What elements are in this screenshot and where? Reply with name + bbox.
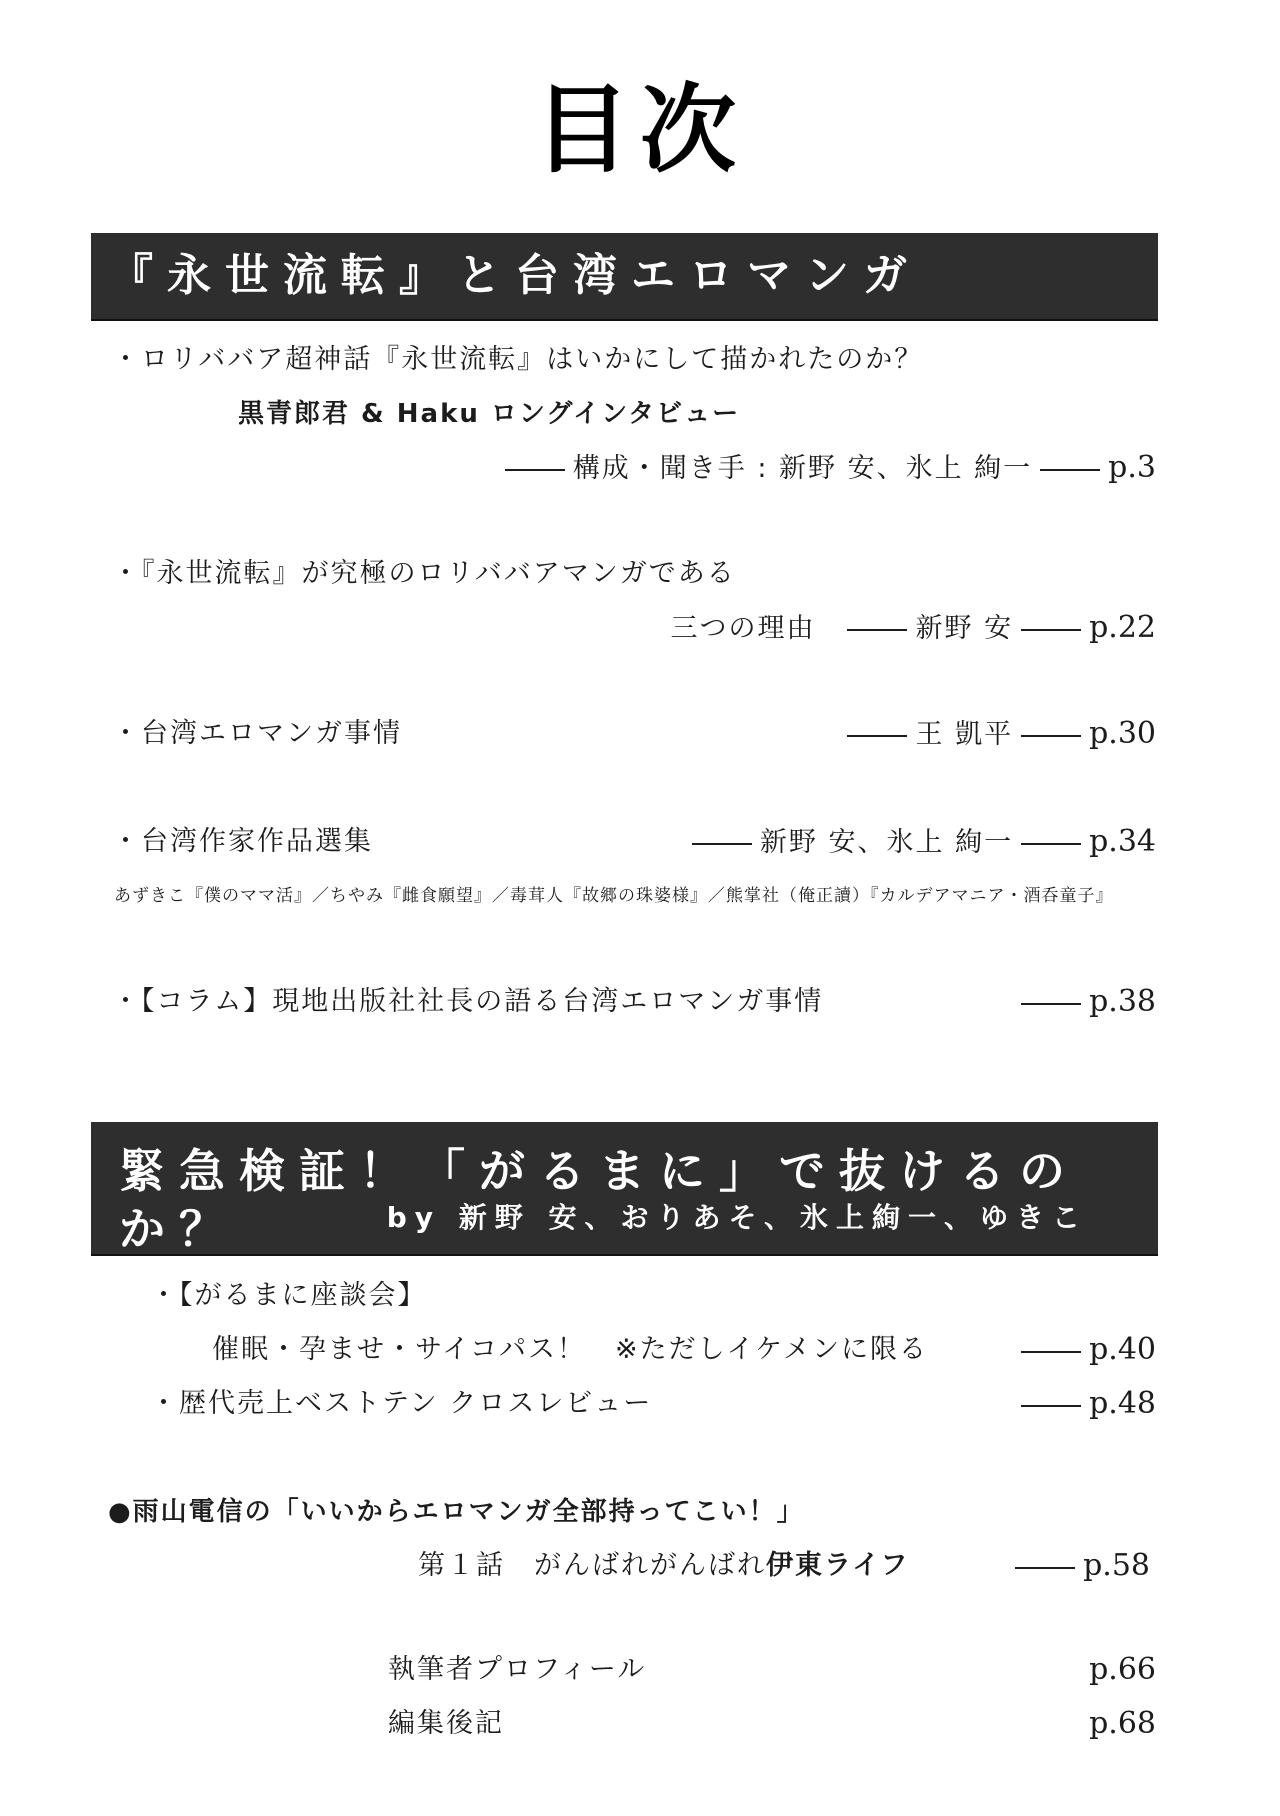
dash-divider [1015,1567,1075,1569]
dash-divider [847,629,907,631]
extra-afterword-label[interactable]: 編集後記 [388,1706,504,1742]
toc-item-6-subtitle[interactable]: 催眠・孕ませ・サイコパス！ ※ただしイケメンに限る [212,1332,928,1368]
toc-item-2-credit: 新野 安 [915,613,1013,644]
toc-item-4-page[interactable]: p.34 [1089,824,1156,859]
toc-item-7-title[interactable]: ・歴代売上ベストテン クロスレビュー [150,1386,652,1422]
dash-divider [1021,629,1081,631]
dash-divider [1040,469,1100,471]
section-banner-1: 『永世流転』と台湾エロマンガ [91,233,1158,321]
toc-item-1-credit-row: 構成・聞き手 : 新野 安、氷上 絢一p.3 [497,450,1156,487]
toc-item-4-note: あずきこ『僕のママ活』／ちやみ『雌食願望』／毒茸人『故郷の珠婆様』／熊掌社（俺正… [114,884,1114,908]
toc-item-3-page[interactable]: p.30 [1089,716,1156,751]
extra-profile-page-row: p.66 [1089,1652,1156,1689]
section-banner-2: 緊急検証！「がるまに」で抜けるのか？ by 新野 安、おりあそ、氷上絢一、ゆきこ [91,1122,1158,1256]
extra-afterword-page[interactable]: p.68 [1089,1706,1156,1741]
section-3-page-row: p.58 [1007,1548,1150,1585]
toc-item-6-title[interactable]: ・【がるまに座談会】 [150,1278,427,1314]
dash-divider [505,469,565,471]
toc-item-1-subtitle[interactable]: 黒青郎君 & Haku ロングインタビュー [238,396,740,432]
section-3-author: 伊東ライフ [766,1550,909,1581]
section-title-1: 『永世流転』と台湾エロマンガ [109,247,921,305]
toc-item-7-page-row: p.48 [1013,1386,1156,1423]
toc-item-1-title[interactable]: ・ロリババア超神話『永世流転』はいかにして描かれたのか？ [112,342,923,378]
toc-item-3-credit-row: 王 凱平p.30 [839,716,1156,753]
toc-item-2-page[interactable]: p.22 [1089,610,1156,645]
toc-item-7-page[interactable]: p.48 [1089,1386,1156,1421]
page-title: 目次 [0,70,1280,190]
toc-item-2-title[interactable]: ・『永世流転』が究極のロリババアマンガである [112,556,736,592]
dash-divider [847,735,907,737]
dash-divider [1021,735,1081,737]
toc-item-6-page-row: p.40 [1013,1332,1156,1369]
dash-divider [1021,1405,1081,1407]
section-3-page[interactable]: p.58 [1083,1548,1150,1583]
section-byline-2: by 新野 安、おりあそ、氷上絢一、ゆきこ [387,1200,1088,1236]
section-3-episode-row: 第１話 がんばれがんばれ伊東ライフ [418,1548,909,1584]
toc-item-1-credit: 構成・聞き手 : 新野 安、氷上 絢一 [573,453,1032,484]
toc-item-2-credit-row: 三つの理由新野 安p.22 [670,610,1156,647]
extra-afterword-page-row: p.68 [1089,1706,1156,1743]
section-3-heading[interactable]: ●雨山電信の「いいからエロマンガ全部持ってこい！」 [108,1494,805,1530]
section-3-episode[interactable]: 第１話 がんばれがんばれ [418,1550,766,1581]
dash-divider [1021,1003,1081,1005]
toc-item-5-page[interactable]: p.38 [1089,984,1156,1019]
toc-item-5-page-row: p.38 [1013,984,1156,1021]
toc-item-3-title[interactable]: ・台湾エロマンガ事情 [112,716,402,752]
toc-item-3-credit: 王 凱平 [915,719,1013,750]
dash-divider [692,843,752,845]
toc-item-4-title[interactable]: ・台湾作家作品選集 [112,824,373,860]
dash-divider [1021,843,1081,845]
toc-item-6-page[interactable]: p.40 [1089,1332,1156,1367]
toc-item-5-title[interactable]: ・【コラム】現地出版社社長の語る台湾エロマンガ事情 [112,984,823,1020]
toc-item-1-page[interactable]: p.3 [1108,450,1156,485]
toc-item-2-subtitle[interactable]: 三つの理由 [670,613,815,644]
dash-divider [1021,1351,1081,1353]
extra-profile-label[interactable]: 執筆者プロフィール [388,1652,646,1688]
extra-profile-page[interactable]: p.66 [1089,1652,1156,1687]
toc-item-4-credit-row: 新野 安、氷上 絢一p.34 [684,824,1156,861]
toc-item-4-credit: 新野 安、氷上 絢一 [760,827,1013,858]
